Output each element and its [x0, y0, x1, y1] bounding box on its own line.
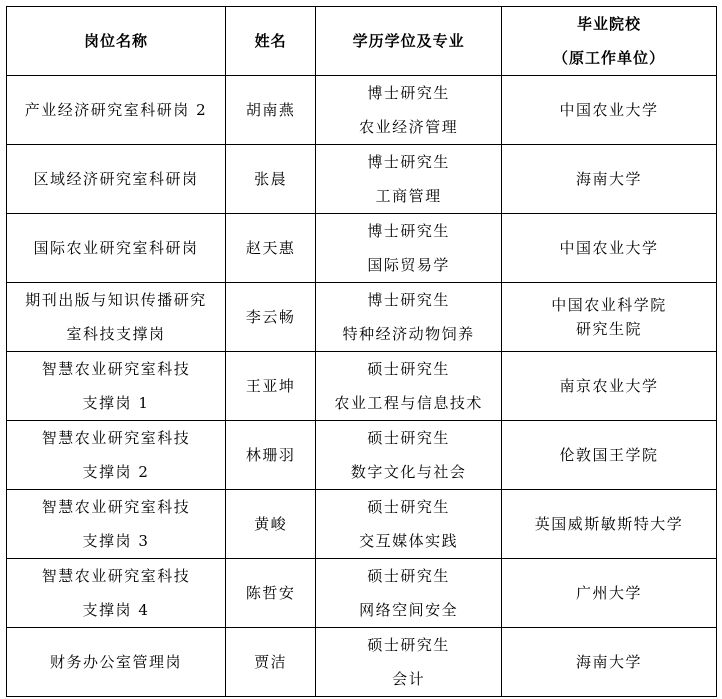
post-line: 国际农业研究室科研岗 — [11, 231, 221, 265]
name-cell: 黄峻 — [225, 490, 315, 559]
education-cell: 硕士研究生 会计 — [316, 628, 502, 697]
school-line: 海南大学 — [506, 645, 712, 679]
school-line: 英国威斯敏斯特大学 — [506, 507, 712, 541]
school-cell: 中国农业大学 — [502, 214, 717, 283]
name-cell: 赵天惠 — [225, 214, 315, 283]
header-post: 岗位名称 — [7, 7, 226, 76]
post-line: 财务办公室管理岗 — [11, 645, 221, 679]
name-cell: 贾洁 — [225, 628, 315, 697]
header-name: 姓名 — [225, 7, 315, 76]
name-cell: 胡南燕 — [225, 76, 315, 145]
degree-text: 博士研究生 — [320, 283, 497, 317]
name-cell: 林珊羽 — [225, 421, 315, 490]
school-line: 中国农业科学院 — [506, 293, 712, 317]
post-line: 产业经济研究室科研岗 2 — [11, 93, 221, 127]
major-text: 会计 — [320, 662, 497, 696]
school-cell: 海南大学 — [502, 628, 717, 697]
name-cell: 王亚坤 — [225, 352, 315, 421]
school-cell: 南京农业大学 — [502, 352, 717, 421]
post-line: 智慧农业研究室科技 — [11, 490, 221, 524]
table-row: 智慧农业研究室科技 支撑岗 2 林珊羽 硕士研究生 数字文化与社会 伦敦国王学院 — [7, 421, 717, 490]
post-cell: 智慧农业研究室科技 支撑岗 4 — [7, 559, 226, 628]
post-line: 智慧农业研究室科技 — [11, 559, 221, 593]
table-row: 智慧农业研究室科技 支撑岗 3 黄峻 硕士研究生 交互媒体实践 英国威斯敏斯特大… — [7, 490, 717, 559]
table-row: 智慧农业研究室科技 支撑岗 4 陈哲安 硕士研究生 网络空间安全 广州大学 — [7, 559, 717, 628]
name-cell: 李云畅 — [225, 283, 315, 352]
post-cell: 智慧农业研究室科技 支撑岗 2 — [7, 421, 226, 490]
education-cell: 硕士研究生 交互媒体实践 — [316, 490, 502, 559]
education-cell: 博士研究生 工商管理 — [316, 145, 502, 214]
education-cell: 硕士研究生 农业工程与信息技术 — [316, 352, 502, 421]
school-cell: 中国农业科学院 研究生院 — [502, 283, 717, 352]
degree-text: 博士研究生 — [320, 76, 497, 110]
degree-text: 博士研究生 — [320, 214, 497, 248]
post-cell: 区域经济研究室科研岗 — [7, 145, 226, 214]
education-cell: 博士研究生 国际贸易学 — [316, 214, 502, 283]
major-text: 国际贸易学 — [320, 248, 497, 282]
name-cell: 陈哲安 — [225, 559, 315, 628]
school-line: 研究生院 — [506, 317, 712, 341]
education-cell: 硕士研究生 网络空间安全 — [316, 559, 502, 628]
school-line: 广州大学 — [506, 576, 712, 610]
post-cell: 智慧农业研究室科技 支撑岗 1 — [7, 352, 226, 421]
table-row: 国际农业研究室科研岗 赵天惠 博士研究生 国际贸易学 中国农业大学 — [7, 214, 717, 283]
major-text: 网络空间安全 — [320, 593, 497, 627]
post-line: 智慧农业研究室科技 — [11, 352, 221, 386]
table-header-row: 岗位名称 姓名 学历学位及专业 毕业院校 （原工作单位） — [7, 7, 717, 76]
post-cell: 期刊出版与知识传播研究 室科技支撑岗 — [7, 283, 226, 352]
header-school: 毕业院校 （原工作单位） — [502, 7, 717, 76]
post-cell: 财务办公室管理岗 — [7, 628, 226, 697]
post-line: 支撑岗 3 — [11, 524, 221, 558]
school-cell: 伦敦国王学院 — [502, 421, 717, 490]
school-cell: 中国农业大学 — [502, 76, 717, 145]
degree-text: 硕士研究生 — [320, 490, 497, 524]
table-row: 财务办公室管理岗 贾洁 硕士研究生 会计 海南大学 — [7, 628, 717, 697]
major-text: 工商管理 — [320, 179, 497, 213]
degree-text: 博士研究生 — [320, 145, 497, 179]
table-row: 期刊出版与知识传播研究 室科技支撑岗 李云畅 博士研究生 特种经济动物饲养 中国… — [7, 283, 717, 352]
table-row: 产业经济研究室科研岗 2 胡南燕 博士研究生 农业经济管理 中国农业大学 — [7, 76, 717, 145]
degree-text: 硕士研究生 — [320, 421, 497, 455]
post-line: 期刊出版与知识传播研究 — [11, 283, 221, 317]
school-line: 海南大学 — [506, 162, 712, 196]
major-text: 特种经济动物饲养 — [320, 317, 497, 351]
school-line: 中国农业大学 — [506, 93, 712, 127]
post-line: 室科技支撑岗 — [11, 317, 221, 351]
header-education: 学历学位及专业 — [316, 7, 502, 76]
major-text: 农业工程与信息技术 — [320, 386, 497, 420]
education-cell: 硕士研究生 数字文化与社会 — [316, 421, 502, 490]
post-line: 智慧农业研究室科技 — [11, 421, 221, 455]
header-school-line2: （原工作单位） — [506, 41, 712, 75]
post-cell: 智慧农业研究室科技 支撑岗 3 — [7, 490, 226, 559]
major-text: 交互媒体实践 — [320, 524, 497, 558]
school-cell: 英国威斯敏斯特大学 — [502, 490, 717, 559]
table-row: 智慧农业研究室科技 支撑岗 1 王亚坤 硕士研究生 农业工程与信息技术 南京农业… — [7, 352, 717, 421]
post-cell: 国际农业研究室科研岗 — [7, 214, 226, 283]
major-text: 数字文化与社会 — [320, 455, 497, 489]
education-cell: 博士研究生 农业经济管理 — [316, 76, 502, 145]
post-line: 区域经济研究室科研岗 — [11, 162, 221, 196]
school-line: 伦敦国王学院 — [506, 438, 712, 472]
major-text: 农业经济管理 — [320, 110, 497, 144]
school-line: 中国农业大学 — [506, 231, 712, 265]
name-cell: 张晨 — [225, 145, 315, 214]
personnel-table: 岗位名称 姓名 学历学位及专业 毕业院校 （原工作单位） 产业经济研究室科研岗 … — [6, 6, 717, 697]
school-cell: 广州大学 — [502, 559, 717, 628]
post-line: 支撑岗 1 — [11, 386, 221, 420]
school-line: 南京农业大学 — [506, 369, 712, 403]
header-school-line1: 毕业院校 — [506, 7, 712, 41]
school-cell: 海南大学 — [502, 145, 717, 214]
table-row: 区域经济研究室科研岗 张晨 博士研究生 工商管理 海南大学 — [7, 145, 717, 214]
post-line: 支撑岗 4 — [11, 593, 221, 627]
degree-text: 硕士研究生 — [320, 352, 497, 386]
post-cell: 产业经济研究室科研岗 2 — [7, 76, 226, 145]
degree-text: 硕士研究生 — [320, 559, 497, 593]
degree-text: 硕士研究生 — [320, 628, 497, 662]
education-cell: 博士研究生 特种经济动物饲养 — [316, 283, 502, 352]
post-line: 支撑岗 2 — [11, 455, 221, 489]
